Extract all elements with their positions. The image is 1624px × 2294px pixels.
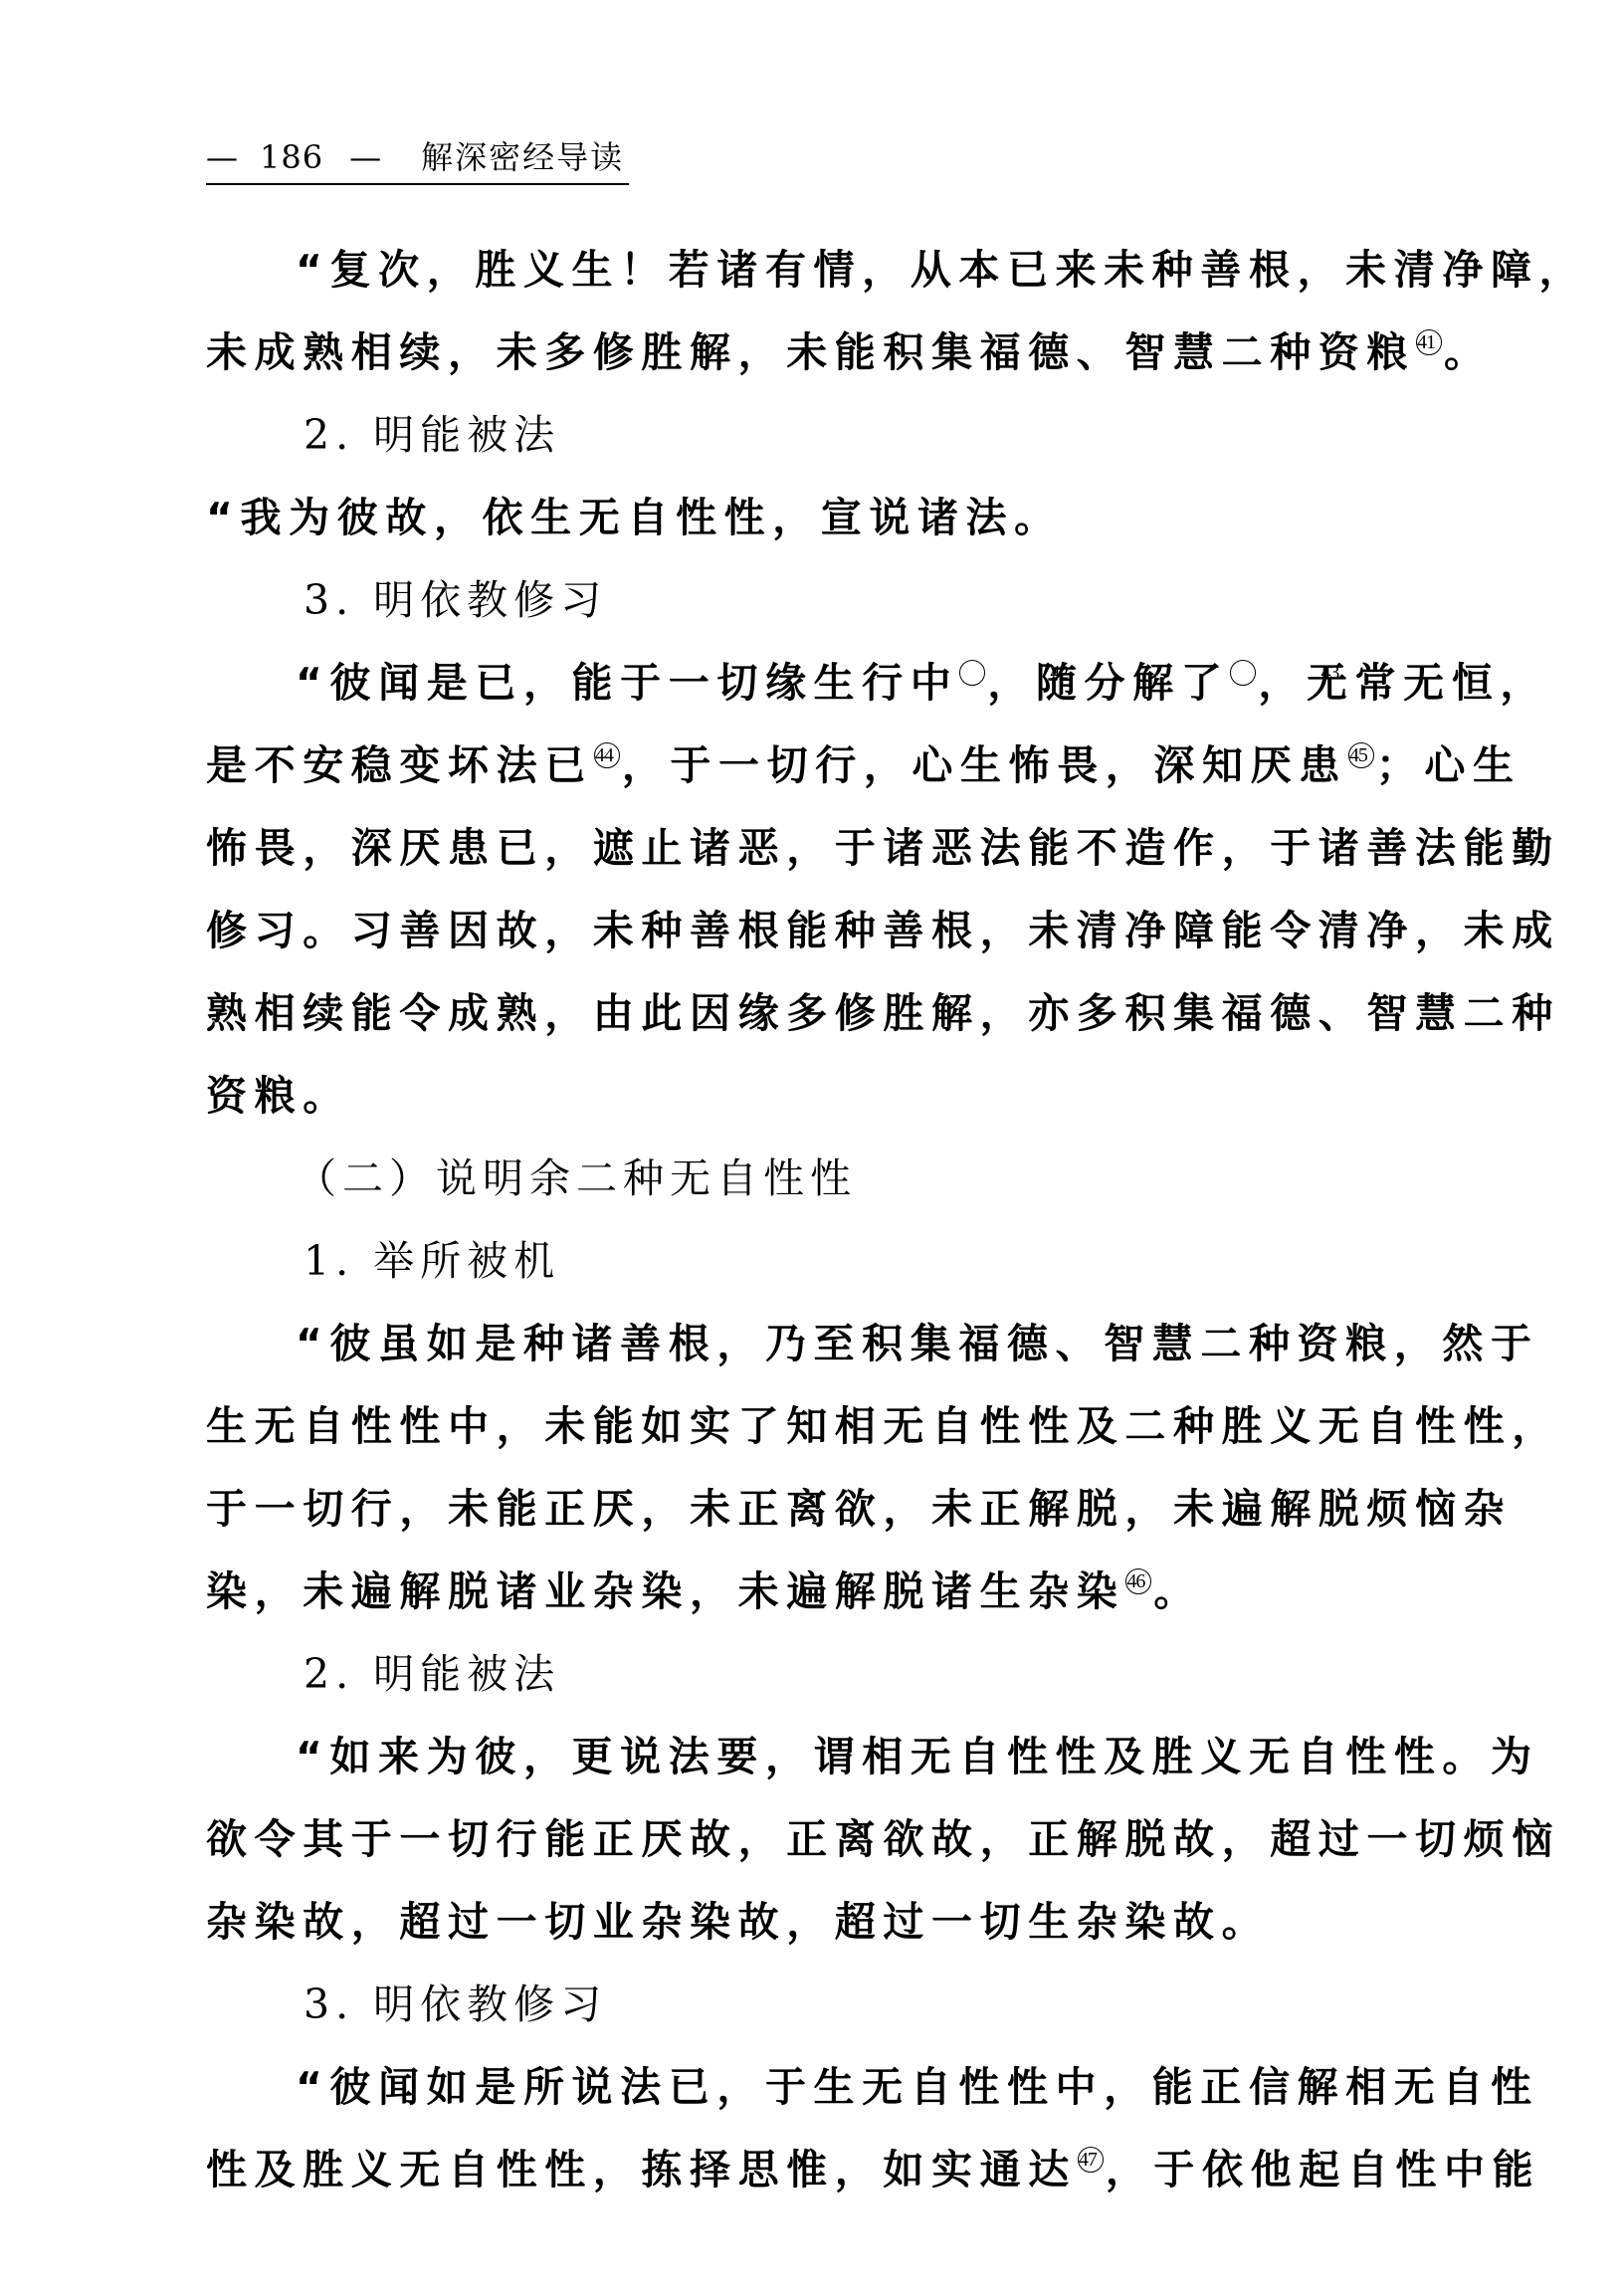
text-run: 怖畏，深厌患已，遮止诸恶，于诸恶法能不造作，于诸善法能勤 [206,824,1560,872]
section-heading: （二）说明余二种无自性性 [206,1138,1428,1220]
text-line: “如来为彼，更说法要，谓相无自性性及胜义无自性性。为 [206,1716,1428,1798]
text-line: 杂染故，超过一切业杂染故，超过一切生杂染故。 [206,1881,1428,1964]
text-line: 性及胜义无自性性，拣择思惟，如实通达47，于依他起自性中能 [206,2129,1428,2211]
text-run: “如来为彼，更说法要，谓相无自性性及胜义无自性性。为 [296,1733,1539,1780]
subsection-heading: 2. 明能被法 [206,1633,1428,1716]
text-line: “复次，胜义生！若诸有情，从本已来未种善根，未清净障， [206,229,1428,312]
text-line: 熟相续能令成熟，由此因缘多修胜解，亦多积集福德、智慧二种 [206,972,1428,1055]
text-run: “彼闻如是所说法已，于生无自性性中，能正信解相无自性 [296,2063,1539,2111]
text-run: 性及胜义无自性性，拣择思惟，如实通达 [206,2146,1077,2193]
text-line: 未成熟相续，未多修胜解，未能积集福德、智慧二种资粮41。 [206,312,1428,394]
subsection-heading: 3. 明依教修习 [206,1964,1428,2046]
text-line: “彼虽如是种诸善根，乃至积集福德、智慧二种资粮，然于 [206,1303,1428,1385]
text-line: 染，未遍解脱诸业杂染，未遍解脱诸生杂染46。 [206,1551,1428,1633]
text-run: “彼闻是已，能于一切缘生行中 [296,659,958,707]
text-run: 是不安稳变坏法已 [206,741,593,789]
text-run: “彼虽如是种诸善根，乃至积集福德、智慧二种资粮，然于 [296,1320,1539,1367]
header-dash-left: — [206,137,242,177]
footnote-marker[interactable]: 43 [1230,660,1256,686]
text-run: 修习。习善因故，未种善根能种善根，未清净障能令清净，未成 [206,907,1560,954]
text-run: 染，未遍解脱诸业杂染，未遍解脱诸生杂染 [206,1567,1124,1615]
text-line: 欲令其于一切行能正厌故，正离欲故，正解脱故，超过一切烦恼 [206,1798,1428,1881]
text-run: 熟相续能令成熟，由此因缘多修胜解，亦多积集福德、智慧二种 [206,989,1560,1037]
text-run: 于一切行，未能正厌，未正离欲，未正解脱，未遍解脱烦恼杂 [206,1485,1512,1533]
text-run: 生无自性性中，未能如实了知相无自性性及二种胜义无自性性， [206,1402,1560,1450]
page-body: “复次，胜义生！若诸有情，从本已来未种善根，未清净障，未成熟相续，未多修胜解，未… [206,229,1428,2211]
book-title: 解深密经导读 [421,137,624,177]
paragraph: “彼虽如是种诸善根，乃至积集福德、智慧二种资粮，然于生无自性性中，未能如实了知相… [206,1303,1428,1633]
text-run: ；心生 [1376,741,1522,789]
paragraph: “复次，胜义生！若诸有情，从本已来未种善根，未清净障，未成熟相续，未多修胜解，未… [206,229,1428,394]
text-run: ，于依他起自性中能 [1106,2146,1540,2193]
text-run: 未成熟相续，未多修胜解，未能积集福德、智慧二种资粮 [206,328,1415,376]
text-line: “我为彼故，依生无自性性，宣说诸法。 [206,477,1428,559]
subsection-heading: 3. 明依教修习 [206,559,1428,642]
text-run: “我为彼故，依生无自性性，宣说诸法。 [206,494,1063,541]
page-number: 186 [260,137,323,177]
text-run: ，随分解了 [987,659,1229,707]
text-line: 怖畏，深厌患已，遮止诸恶，于诸恶法能不造作，于诸善法能勤 [206,807,1428,890]
text-line: “彼闻是已，能于一切缘生行中42，随分解了43，无常无恒， [206,642,1428,725]
text-run: “复次，胜义生！若诸有情，从本已来未种善根，未清净障， [296,246,1587,294]
text-line: 于一切行，未能正厌，未正离欲，未正解脱，未遍解脱烦恼杂 [206,1468,1428,1551]
text-line: 修习。习善因故，未种善根能种善根，未清净障能令清净，未成 [206,890,1428,972]
paragraph: “如来为彼，更说法要，谓相无自性性及胜义无自性性。为欲令其于一切行能正厌故，正离… [206,1716,1428,1964]
footnote-marker[interactable]: 42 [959,660,985,686]
footnote-marker[interactable]: 45 [1348,742,1374,768]
text-run: ，无常无恒， [1258,659,1548,707]
running-header: —186—解深密经导读 [206,137,629,185]
paragraph: “彼闻如是所说法已，于生无自性性中，能正信解相无自性性及胜义无自性性，拣择思惟，… [206,2046,1428,2211]
text-run: 资粮。 [206,1072,351,1120]
subsection-heading: 2. 明能被法 [206,394,1428,477]
text-line: 资粮。 [206,1055,1428,1138]
text-run: ，于一切行，心生怖畏，深知厌患 [622,741,1347,789]
text-line: 生无自性性中，未能如实了知相无自性性及二种胜义无自性性， [206,1385,1428,1468]
text-line: 是不安稳变坏法已44，于一切行，心生怖畏，深知厌患45；心生 [206,725,1428,807]
footnote-marker[interactable]: 41 [1416,329,1442,355]
header-dash-right: — [349,137,385,177]
text-run: 。 [1444,328,1493,376]
text-line: “彼闻如是所说法已，于生无自性性中，能正信解相无自性 [206,2046,1428,2129]
paragraph: “彼闻是已，能于一切缘生行中42，随分解了43，无常无恒，是不安稳变坏法已44，… [206,642,1428,1138]
text-run: 。 [1153,1567,1202,1615]
text-run: 杂染故，超过一切业杂染故，超过一切生杂染故。 [206,1898,1270,1946]
text-run: 欲令其于一切行能正厌故，正离欲故，正解脱故，超过一切烦恼 [206,1815,1560,1863]
paragraph: “我为彼故，依生无自性性，宣说诸法。 [206,477,1428,559]
footnote-marker[interactable]: 47 [1078,2147,1104,2173]
footnote-marker[interactable]: 44 [594,742,620,768]
subsection-heading: 1. 举所被机 [206,1220,1428,1303]
footnote-marker[interactable]: 46 [1125,1568,1151,1594]
